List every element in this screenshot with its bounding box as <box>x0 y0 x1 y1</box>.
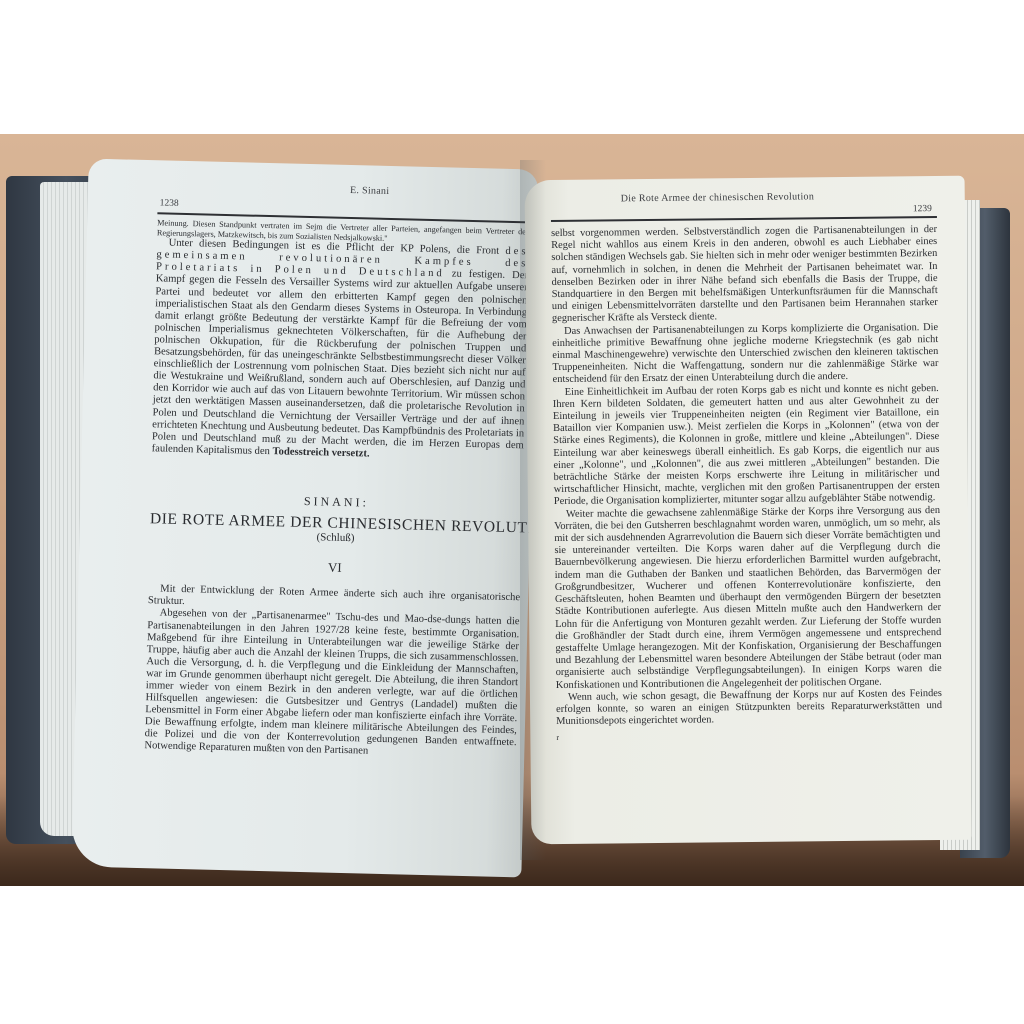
page-number: 1239 <box>913 204 932 214</box>
paragraph: Weiter machte die gewachsene zahlenmäßig… <box>554 505 942 692</box>
running-head: Die Rote Armee der chinesischen Revoluti… <box>621 191 814 204</box>
right-page: Die Rote Armee der chinesischen Revoluti… <box>525 176 972 845</box>
paragraph: Abgesehen von der „Partisanenarmee" Tsch… <box>144 608 519 762</box>
paragraph: selbst vorgenommen werden. Selbstverstän… <box>551 224 938 326</box>
signature-mark: r <box>556 728 942 744</box>
gutter-shadow <box>520 160 546 860</box>
article-author: SINANI: <box>150 491 522 512</box>
header-rule <box>551 216 937 222</box>
left-page: E. Sinani 1238 Meinung. Diesen Standpunk… <box>71 159 538 878</box>
paragraph: Wenn auch, wie schon gesagt, die Bewaffn… <box>556 688 942 729</box>
section-number: VI <box>149 557 521 578</box>
paragraph: Eine Einheitlichkeit im Aufbau der roten… <box>553 383 940 509</box>
right-body: selbst vorgenommen werden. Selbstverstän… <box>551 224 942 745</box>
left-body: Meinung. Diesen Standpunkt vertraten im … <box>144 218 529 761</box>
emphasis-bold: Todesstreich versetzt. <box>272 446 369 459</box>
article-heading: SINANI: DIE ROTE ARMEE DER CHINESISCHEN … <box>149 491 523 578</box>
paragraph: Das Anwachsen der Partisanenabteilungen … <box>552 322 939 387</box>
page-number: 1238 <box>160 198 179 208</box>
running-head: E. Sinani <box>350 185 390 197</box>
paragraph: Unter diesen Bedingungen ist es die Pfli… <box>151 237 528 464</box>
